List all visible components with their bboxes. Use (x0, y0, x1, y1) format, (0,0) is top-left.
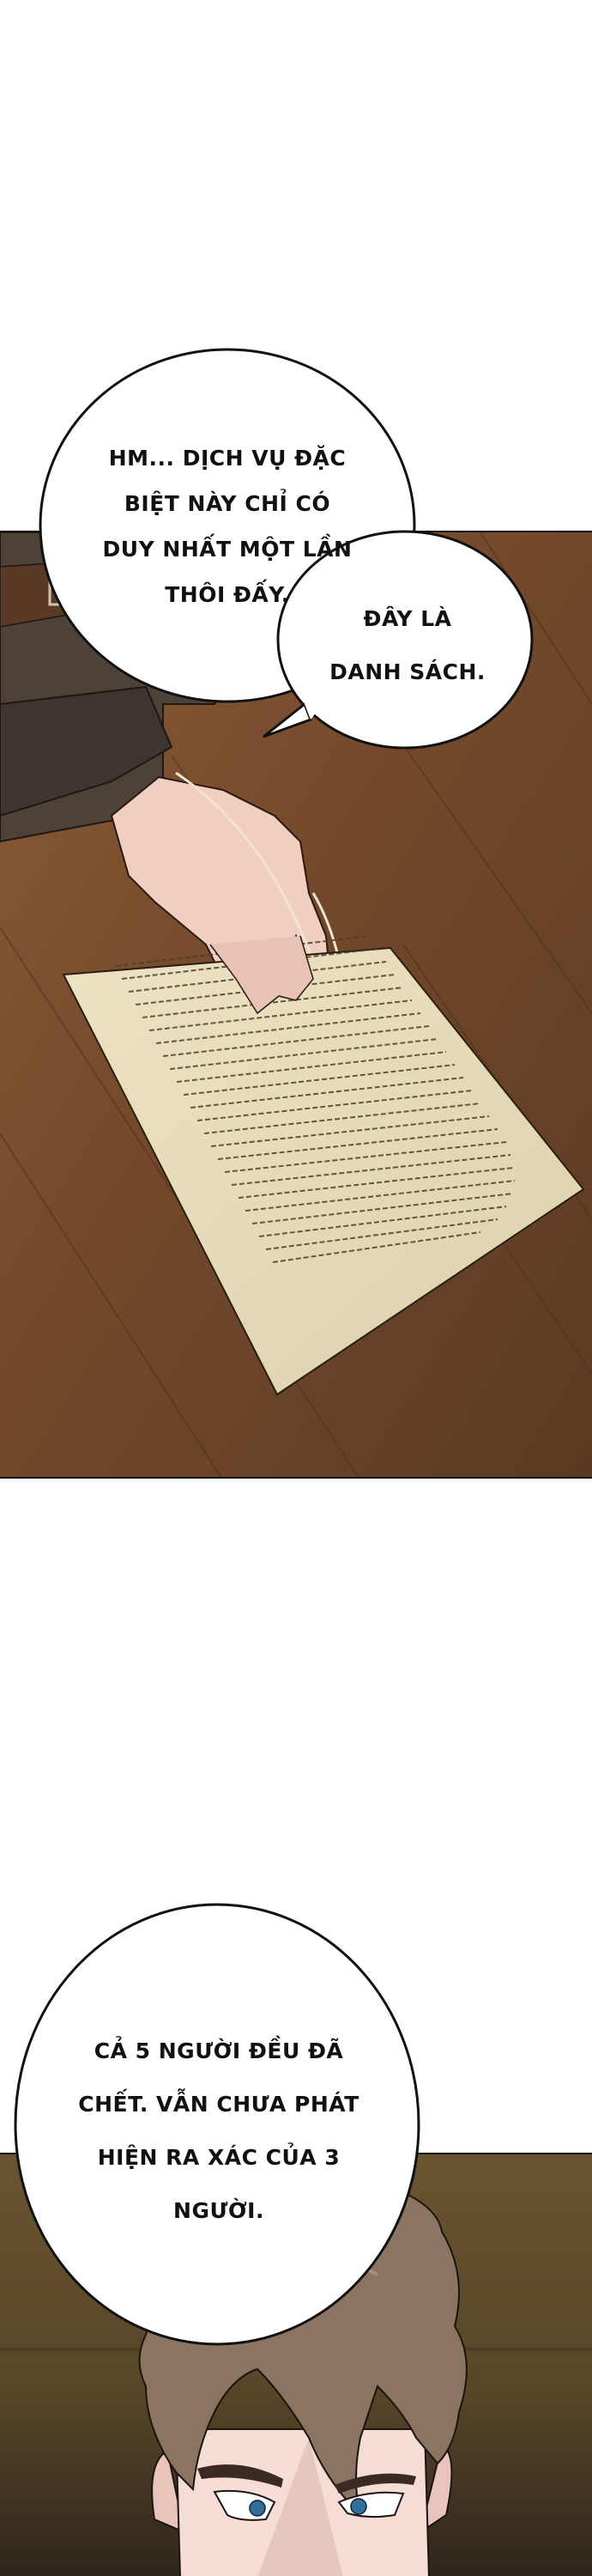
dialogue-line: HM... DỊCH VỤ ĐẶC (73, 435, 382, 481)
speech-bubble-1-text: HM... DỊCH VỤ ĐẶC BIỆT NÀY CHỈ CÓ DUY NH… (73, 435, 382, 617)
speech-bubble-2-text: ĐÂY LÀ DANH SÁCH. (300, 592, 515, 699)
dialogue-line: ĐÂY LÀ (300, 592, 515, 646)
dialogue-line: NGƯỜI. (51, 2184, 386, 2238)
dialogue-line: BIỆT NÀY CHỈ CÓ (73, 481, 382, 526)
speech-bubble-3-text: CẢ 5 NGƯỜI ĐỀU ĐÃ CHẾT. VẪN CHƯA PHÁT HI… (51, 2025, 386, 2238)
dialogue-line: DUY NHẤT MỘT LẦN (73, 526, 382, 572)
dialogue-line: DANH SÁCH. (300, 646, 515, 699)
comic-page: HM... DỊCH VỤ ĐẶC BIỆT NÀY CHỈ CÓ DUY NH… (0, 0, 592, 2576)
left-iris (250, 2500, 265, 2516)
right-iris (351, 2499, 366, 2514)
dialogue-line: CHẾT. VẪN CHƯA PHÁT (51, 2078, 386, 2131)
dialogue-line: HIỆN RA XÁC CỦA 3 (51, 2131, 386, 2184)
dialogue-line: CẢ 5 NGƯỜI ĐỀU ĐÃ (51, 2025, 386, 2078)
